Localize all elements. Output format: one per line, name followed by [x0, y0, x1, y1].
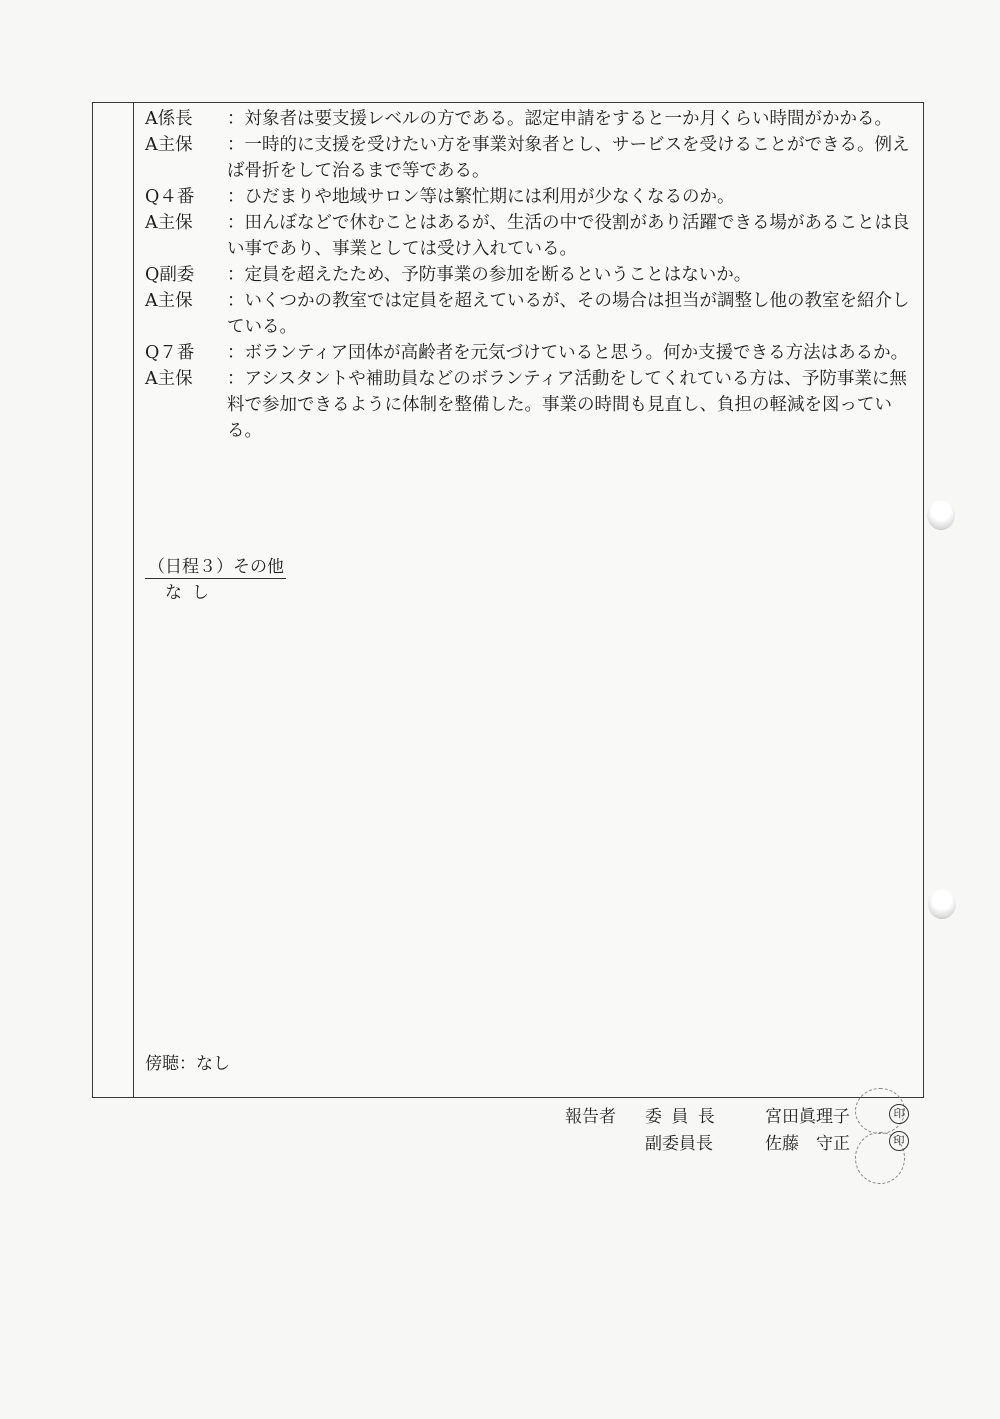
qa-entry: Q４番 ：ひだまりや地域サロン等は繁忙期には利用が少なくなるのか。: [145, 184, 915, 210]
role-chair: 委 員 長: [645, 1102, 717, 1127]
section-title: （日程３）その他: [145, 552, 286, 579]
section-body: なし: [165, 578, 219, 603]
qa-text: ：田んぼなどで休むことはあるが、生活の中で役割があり活躍できる場があることは良い…: [227, 210, 915, 262]
speaker: Q４番: [145, 184, 227, 210]
qa-entry: A主保 ：いくつかの教室では定員を超えているが、その場合は担当が調整し他の教室を…: [145, 288, 915, 340]
show-through-text: [60, 10, 980, 100]
qa-text: ：いくつかの教室では定員を超えているが、その場合は担当が調整し他の教室を紹介して…: [227, 288, 915, 340]
qa-list: A係長 ：対象者は要支援レベルの方である。認定申請をすると一か月くらい時間がかか…: [145, 106, 915, 444]
qa-entry: A主保 ：アシスタントや補助員などのボランティア活動をしてくれている方は、予防事…: [145, 366, 915, 444]
minutes-table: A係長 ：対象者は要支援レベルの方である。認定申請をすると一か月くらい時間がかか…: [92, 102, 924, 1098]
qa-text: ：定員を超えたため、予防事業の参加を断るということはないか。: [227, 262, 915, 288]
speaker: A主保: [145, 210, 227, 262]
qa-text: ：対象者は要支援レベルの方である。認定申請をすると一か月くらい時間がかかる。: [227, 106, 915, 132]
seal-icon: 印: [889, 1131, 909, 1151]
qa-text: ：ひだまりや地域サロン等は繁忙期には利用が少なくなるのか。: [227, 184, 915, 210]
reporter-label: 報告者: [565, 1102, 616, 1127]
speaker: A係長: [145, 106, 227, 132]
qa-entry: A係長 ：対象者は要支援レベルの方である。認定申請をすると一か月くらい時間がかか…: [145, 106, 915, 132]
qa-text: ：ボランティア団体が高齢者を元気づけていると思う。何か支援できる方法はあるか。: [227, 340, 915, 366]
seal-icon: 印: [889, 1104, 909, 1124]
punch-hole: [927, 500, 955, 530]
speaker: Q７番: [145, 340, 227, 366]
observer-note: 傍聴：なし: [145, 1049, 230, 1074]
qa-entry: Q７番 ：ボランティア団体が高齢者を元気づけていると思う。何か支援できる方法はあ…: [145, 340, 915, 366]
qa-text: ：一時的に支援を受けたい方を事業対象者とし、サービスを受けることができる。例えば…: [227, 132, 915, 184]
speaker: A主保: [145, 366, 227, 444]
qa-entry: A主保 ：田んぼなどで休むことはあるが、生活の中で役割があり活躍できる場があるこ…: [145, 210, 915, 262]
qa-entry: Q副委 ：定員を超えたため、予防事業の参加を断るということはないか。: [145, 262, 915, 288]
speaker: Q副委: [145, 262, 227, 288]
role-vice-chair: 副委員長: [645, 1129, 713, 1154]
punch-hole: [928, 889, 956, 919]
left-column: [93, 103, 134, 1097]
speaker: A主保: [145, 132, 227, 184]
name-chair: 宮田眞理子: [765, 1102, 850, 1127]
qa-text: ：アシスタントや補助員などのボランティア活動をしてくれている方は、予防事業に無料…: [227, 366, 915, 444]
name-vice-chair: 佐藤 守正: [765, 1129, 850, 1154]
speaker: A主保: [145, 288, 227, 340]
qa-entry: A主保 ：一時的に支援を受けたい方を事業対象者とし、サービスを受けることができる…: [145, 132, 915, 184]
